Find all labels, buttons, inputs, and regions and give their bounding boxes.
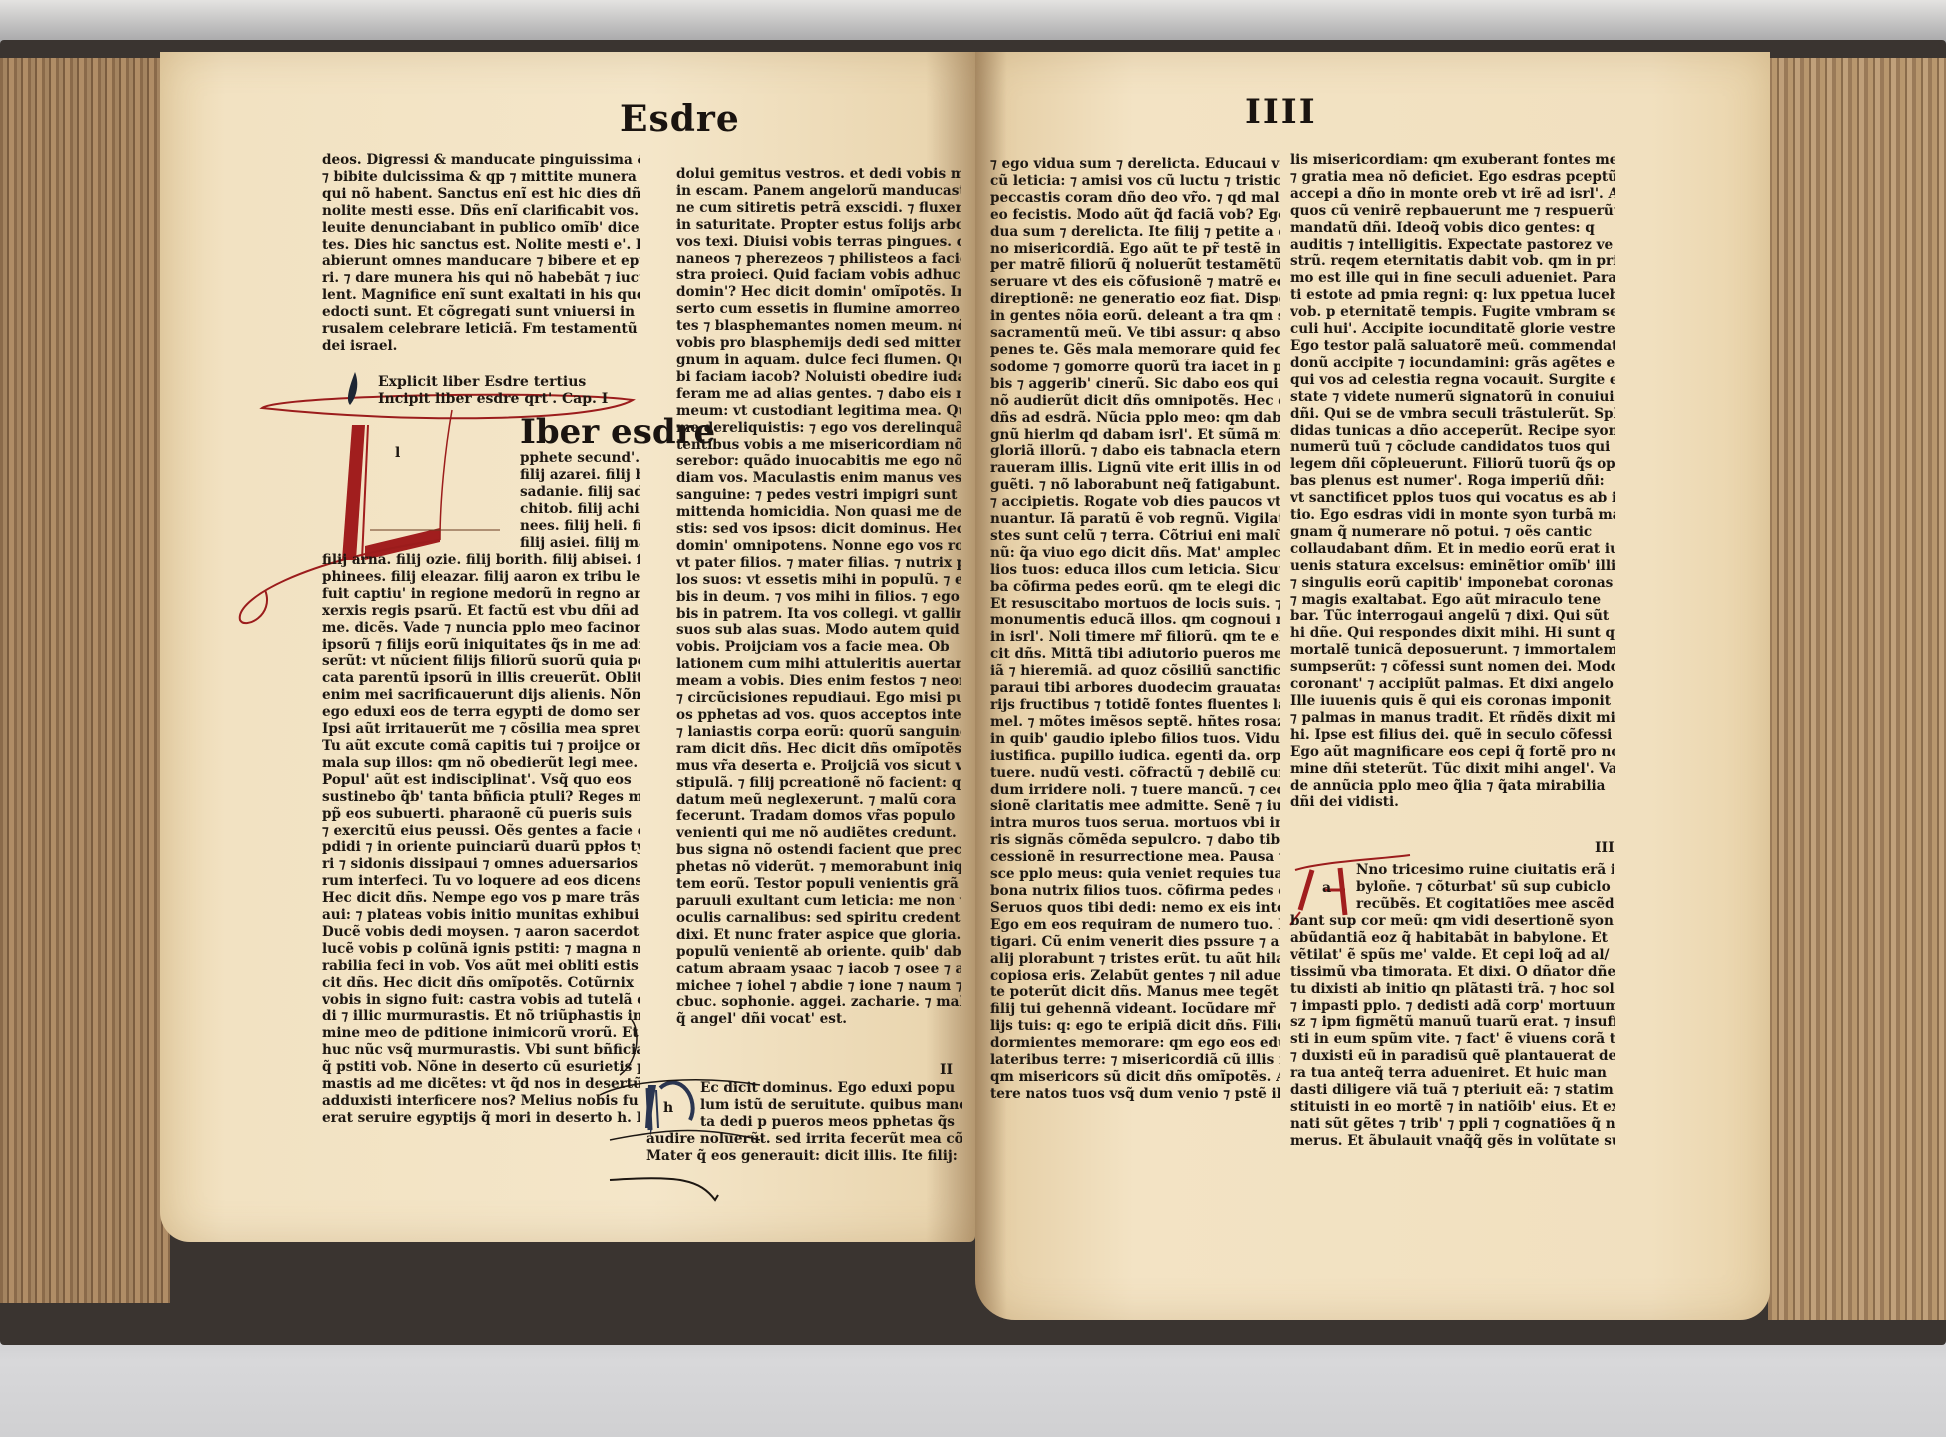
right-col1: ⁊ ego vidua sum ⁊ derelicta. Educaui vos… (990, 156, 1280, 1103)
left-col2-chapter2: Ec dicit dominus. Ego eduxi populum istũ… (700, 1080, 962, 1131)
left-col2-chapter2-cont: audire noluerũt. sed irrita fecerũt mea … (646, 1131, 962, 1165)
chapter-number-3: III (1595, 840, 1615, 856)
explicit-rubric: Explicit liber Esdre tertius Incipit lib… (378, 374, 608, 408)
left-col1-top: deos. Digressi & manducate pinguissima &… (322, 152, 640, 355)
rubrication-flourishes (0, 0, 1946, 1437)
left-col1-body: filij arna. filij ozie. filij borith. fi… (322, 552, 640, 1127)
running-head-left: Esdre (620, 98, 740, 140)
left-col2: dolui gemitus vestros. et dedi vobis man… (676, 166, 961, 1028)
initial-guide-letter-a: a (1322, 880, 1331, 896)
right-col2-chapter3: bant sup cor meũ: qm vidi desertionẽ syo… (1290, 913, 1615, 1150)
right-col2-chapter3-indent: Nno tricesimo ruine ciuitatis erã i baby… (1356, 862, 1614, 913)
initial-guide-letter-l: l (395, 445, 400, 461)
chapter-number-2: II (940, 1062, 953, 1078)
initial-guide-letter-h: h (663, 1100, 673, 1116)
running-head-right: IIII (1245, 92, 1317, 132)
right-col2: lis misericordiam: qm exuberant fontes m… (1290, 152, 1615, 811)
incipit-side-lines: pphete secund'. filij sareifilij azarei.… (520, 450, 640, 551)
